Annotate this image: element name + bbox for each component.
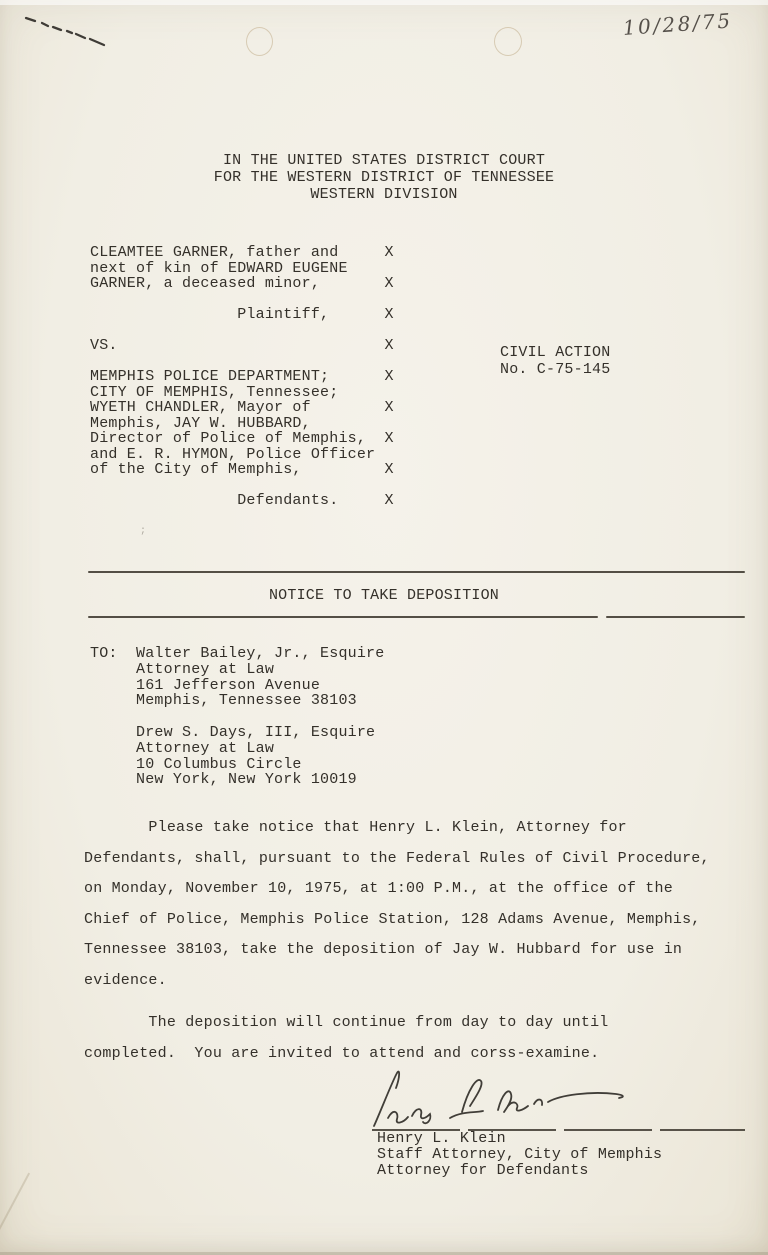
punch-hole-right bbox=[494, 27, 522, 56]
divider-line-bottom-left bbox=[88, 616, 598, 618]
case-caption: CLEAMTEE GARNER, father and X next of ki… bbox=[90, 245, 394, 509]
punch-hole-left bbox=[246, 27, 273, 56]
recipients-block: TO: Walter Bailey, Jr., Esquire Attorney… bbox=[90, 646, 384, 788]
signature-scribble bbox=[366, 1068, 626, 1132]
paper-crease bbox=[0, 1173, 30, 1250]
court-header: IN THE UNITED STATES DISTRICT COURT FOR … bbox=[0, 152, 768, 203]
document-title: NOTICE TO TAKE DEPOSITION bbox=[0, 587, 768, 604]
document-page: 10/28/75 IN THE UNITED STATES DISTRICT C… bbox=[0, 0, 768, 1255]
civil-action-number: CIVIL ACTION No. C-75-145 bbox=[500, 344, 610, 378]
handwritten-date-annotation: 10/28/75 bbox=[622, 8, 733, 40]
pen-scribble-mark bbox=[22, 14, 154, 48]
body-paragraph-2: The deposition will continue from day to… bbox=[84, 1008, 608, 1070]
divider-line-top bbox=[88, 571, 745, 573]
divider-line-bottom-right bbox=[606, 616, 745, 618]
body-paragraph-1: Please take notice that Henry L. Klein, … bbox=[84, 813, 710, 997]
signatory-block: Henry L. Klein Staff Attorney, City of M… bbox=[377, 1131, 662, 1179]
paper-speck: ; bbox=[140, 526, 146, 537]
